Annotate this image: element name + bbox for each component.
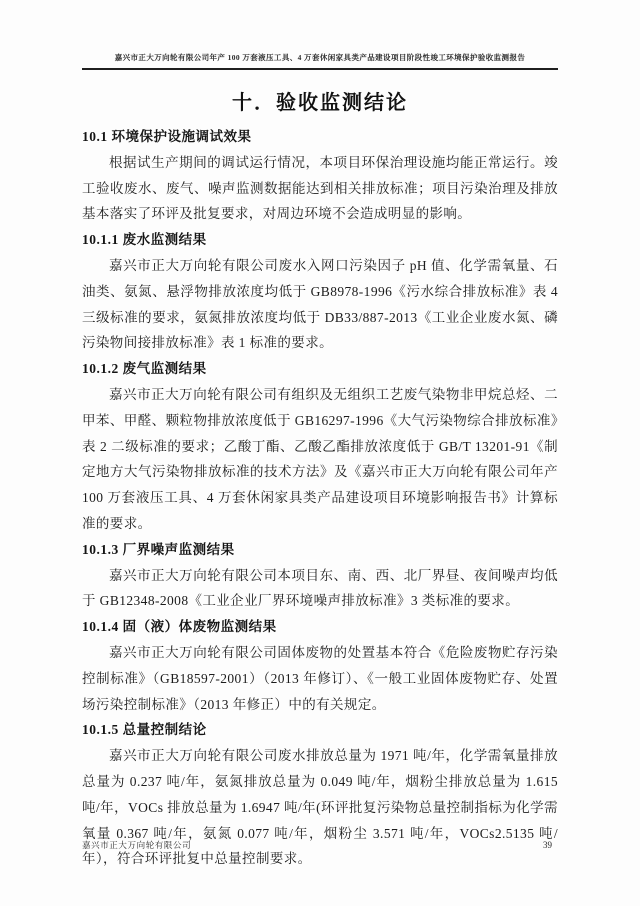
running-header-text: 嘉兴市正大万向轮有限公司年产 100 万套液压工具、4 万套休闲家具类产品建设项… — [82, 52, 558, 68]
section-body: 嘉兴市正大万向轮有限公司废水排放总量为 1971 吨/年，化学需氧量排放总量为 … — [82, 743, 558, 872]
section-heading: 10.1.1 废水监测结果 — [82, 227, 558, 253]
section-heading: 10.1.2 废气监测结果 — [82, 356, 558, 382]
footer-company: 嘉兴市正大万向轮有限公司 — [82, 839, 191, 851]
running-header: 嘉兴市正大万向轮有限公司年产 100 万套液压工具、4 万套休闲家具类产品建设项… — [82, 52, 558, 70]
section-body: 根据试生产期间的调试运行情况，本项目环保治理设施均能正常运行。竣工验收废水、废气… — [82, 150, 558, 227]
section-heading: 10.1.3 厂界噪声监测结果 — [82, 537, 558, 563]
section-body: 嘉兴市正大万向轮有限公司本项目东、南、西、北厂界昼、夜间噪声均低于 GB1234… — [82, 563, 558, 615]
section-boundary-noise: 10.1.3 厂界噪声监测结果 嘉兴市正大万向轮有限公司本项目东、南、西、北厂界… — [82, 537, 558, 614]
section-solid-waste: 10.1.4 固（液）体废物监测结果 嘉兴市正大万向轮有限公司固体废物的处置基本… — [82, 614, 558, 717]
section-body: 嘉兴市正大万向轮有限公司有组织及无组织工艺废气染物非甲烷总烃、二甲苯、甲醛、颗粒… — [82, 382, 558, 537]
section-heading: 10.1.5 总量控制结论 — [82, 717, 558, 743]
section-wastewater: 10.1.1 废水监测结果 嘉兴市正大万向轮有限公司废水入网口污染因子 pH 值… — [82, 227, 558, 356]
section-body: 嘉兴市正大万向轮有限公司固体废物的处置基本符合《危险废物贮存污染控制标准》（GB… — [82, 640, 558, 717]
section-heading: 10.1.4 固（液）体废物监测结果 — [82, 614, 558, 640]
page-content: 嘉兴市正大万向轮有限公司年产 100 万套液压工具、4 万套休闲家具类产品建设项… — [82, 52, 558, 872]
chapter-title: 十．验收监测结论 — [82, 86, 558, 115]
section-effect: 10.1 环境保护设施调试效果 根据试生产期间的调试运行情况，本项目环保治理设施… — [82, 124, 558, 227]
section-heading: 10.1 环境保护设施调试效果 — [82, 124, 558, 150]
header-rule — [82, 68, 558, 70]
page-footer: 嘉兴市正大万向轮有限公司 39 — [82, 839, 558, 851]
section-body: 嘉兴市正大万向轮有限公司废水入网口污染因子 pH 值、化学需氧量、石油类、氨氮、… — [82, 253, 558, 356]
section-waste-gas: 10.1.2 废气监测结果 嘉兴市正大万向轮有限公司有组织及无组织工艺废气染物非… — [82, 356, 558, 537]
page-number: 39 — [543, 840, 558, 850]
document-page: 嘉兴市正大万向轮有限公司年产 100 万套液压工具、4 万套休闲家具类产品建设项… — [0, 0, 640, 906]
